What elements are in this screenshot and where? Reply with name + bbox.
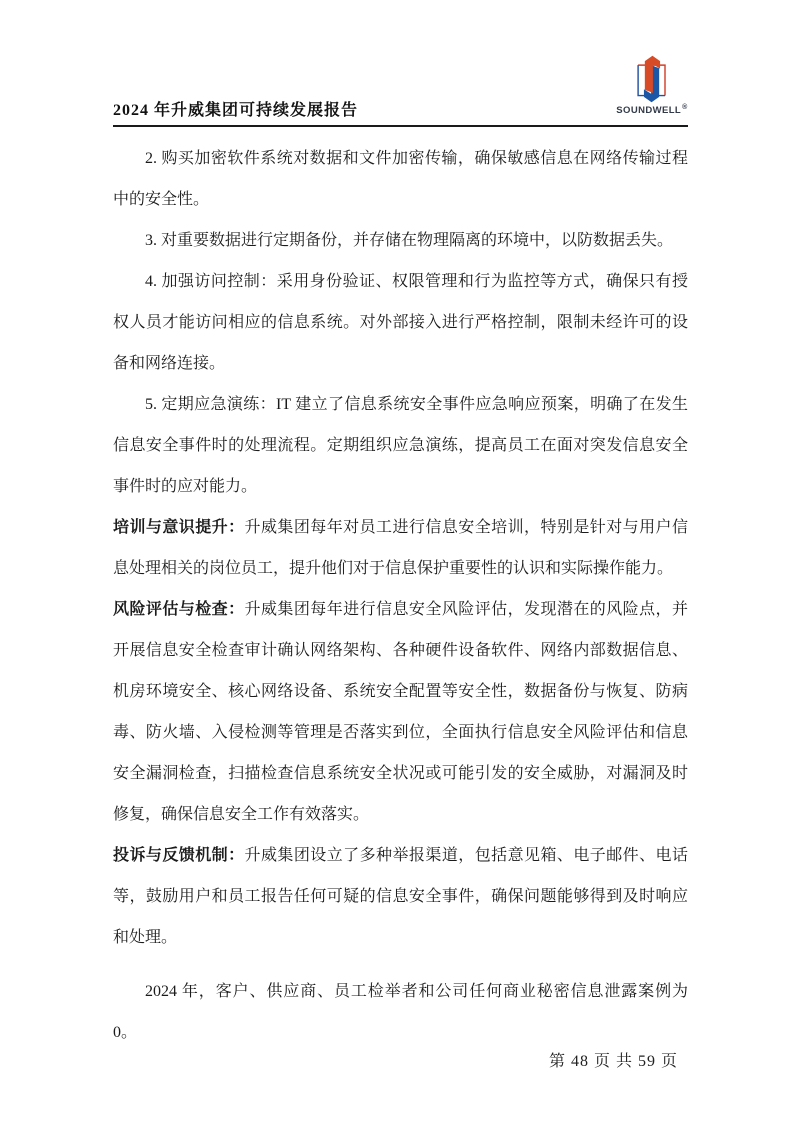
paragraph: 3. 对重要数据进行定期备份，并存储在物理隔离的环境中，以防数据丢失。 bbox=[113, 220, 688, 261]
page-footer: 第 48 页 共 59 页 bbox=[113, 1050, 678, 1074]
paragraph-text: 4. 加强访问控制：采用身份验证、权限管理和行为监控等方式，确保只有授权人员才能… bbox=[113, 273, 688, 372]
paragraph: 5. 定期应急演练：IT 建立了信息系统安全事件应急响应预案，明确了在发生信息安… bbox=[113, 384, 688, 507]
document-body: 2. 购买加密软件系统对数据和文件加密传输，确保敏感信息在网络传输过程中的安全性… bbox=[113, 138, 688, 1053]
paragraph: 培训与意识提升：升威集团每年对员工进行信息安全培训，特别是针对与用户信息处理相关… bbox=[113, 507, 688, 589]
paragraph-text: 5. 定期应急演练：IT 建立了信息系统安全事件应急响应预案，明确了在发生信息安… bbox=[113, 396, 688, 495]
paragraph-lead: 风险评估与检查： bbox=[113, 601, 245, 618]
paragraph-text: 3. 对重要数据进行定期备份，并存储在物理隔离的环境中，以防数据丢失。 bbox=[145, 232, 673, 249]
paragraph: 4. 加强访问控制：采用身份验证、权限管理和行为监控等方式，确保只有授权人员才能… bbox=[113, 261, 688, 384]
brand-name: SOUNDWELL bbox=[616, 105, 681, 116]
paragraph: 2024 年，客户、供应商、员工检举者和公司任何商业秘密信息泄露案例为 0。 bbox=[113, 971, 688, 1053]
document-page: 2024 年升威集团可持续发展报告 SOUNDWELL® 2. 购买加密软件系统… bbox=[0, 0, 794, 1123]
paragraph: 2. 购买加密软件系统对数据和文件加密传输，确保敏感信息在网络传输过程中的安全性… bbox=[113, 138, 688, 220]
header-rule bbox=[113, 125, 688, 127]
paragraph: 风险评估与检查：升威集团每年进行信息安全风险评估，发现潜在的风险点，并开展信息安… bbox=[113, 589, 688, 835]
brand-wordmark: SOUNDWELL® bbox=[612, 105, 692, 116]
registered-trademark-icon: ® bbox=[682, 104, 688, 111]
paragraph-text: 2024 年，客户、供应商、员工检举者和公司任何商业秘密信息泄露案例为 0。 bbox=[113, 983, 688, 1041]
paragraph-lead: 培训与意识提升： bbox=[113, 519, 245, 536]
report-header-title: 2024 年升威集团可持续发展报告 bbox=[113, 97, 358, 120]
soundwell-logo-icon bbox=[634, 53, 670, 105]
page-number: 第 48 页 共 59 页 bbox=[549, 1053, 678, 1070]
paragraph-text: 升威集团每年进行信息安全风险评估，发现潜在的风险点，并开展信息安全检查审计确认网… bbox=[113, 601, 688, 823]
paragraph-lead: 投诉与反馈机制： bbox=[113, 847, 245, 864]
company-logo: SOUNDWELL® bbox=[612, 52, 692, 116]
paragraph-text: 2. 购买加密软件系统对数据和文件加密传输，确保敏感信息在网络传输过程中的安全性… bbox=[113, 150, 688, 208]
paragraph: 投诉与反馈机制：升威集团设立了多种举报渠道，包括意见箱、电子邮件、电话等，鼓励用… bbox=[113, 835, 688, 958]
